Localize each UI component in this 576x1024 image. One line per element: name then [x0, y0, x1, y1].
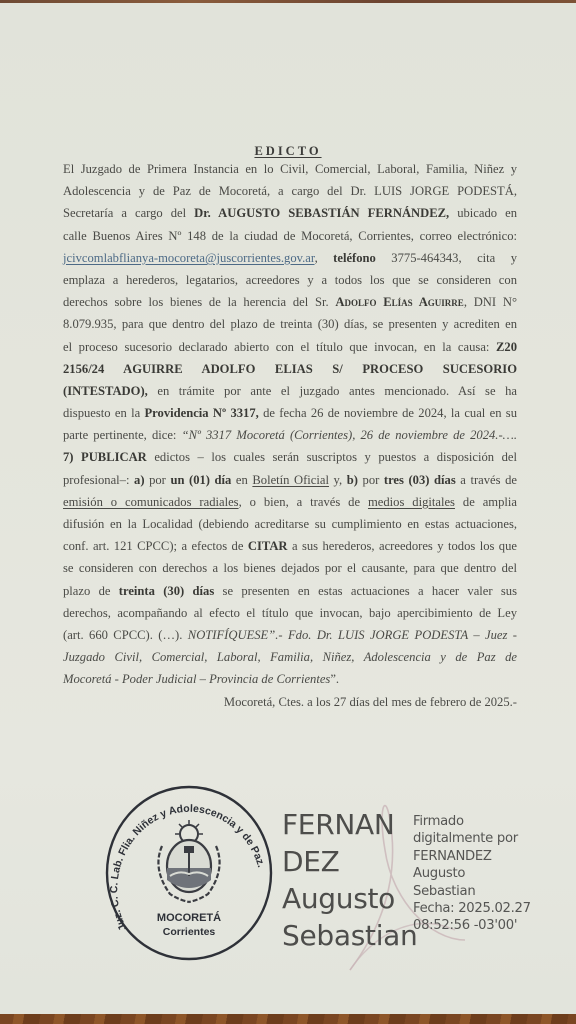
text-line: se consideren con derechos a los bienes …: [63, 557, 517, 579]
text-line: Mocoretá - Poder Judicial – Provincia de…: [63, 668, 517, 690]
text-line: conf. art. 121 CPCC); a efectos de CITAR…: [63, 535, 517, 557]
text-line: calle Buenos Aires Nº 148 de la ciudad d…: [63, 225, 517, 247]
text-line: dispuesto en la Providencia Nº 3317, de …: [63, 402, 517, 424]
argentina-coat-of-arms-icon: [158, 820, 219, 902]
text-line: el proceso sucesorio declarado abierto c…: [63, 336, 517, 358]
text-line: 7) PUBLICAR edictos – los cuales serán s…: [63, 446, 517, 468]
stamp-province: Corrientes: [163, 926, 216, 938]
text-line: (art. 660 CPCC). (…). NOTIFÍQUESE”.- Fdo…: [63, 624, 517, 646]
digital-signature-details: Firmado digitalmente por FERNANDEZ Augus…: [413, 813, 531, 935]
text-line: jcivcomlabflianya-mocoreta@juscorrientes…: [63, 247, 517, 269]
court-email-link[interactable]: jcivcomlabflianya-mocoreta@juscorrientes…: [63, 251, 315, 265]
wood-surface-bottom: [0, 1014, 576, 1024]
text-line: parte pertinente, dice: “Nº 3317 Mocoret…: [63, 424, 517, 446]
text-line: 8.079.935, para que dentro del plazo de …: [63, 313, 517, 335]
digital-signature-name: FERNAN DEZ Augusto Sebastian: [282, 806, 417, 954]
text-line: plazo de treinta (30) días se presenten …: [63, 580, 517, 602]
closing-date-line: Mocoretá, Ctes. a los 27 días del mes de…: [63, 691, 517, 713]
text-line: (INTESTADO), en trámite por ante el juzg…: [63, 380, 517, 402]
text-line: emplaza a herederos, legatarios, acreedo…: [63, 269, 517, 291]
text-line: Juzgado Civil, Comercial, Laboral, Famil…: [63, 646, 517, 668]
text-line: profesional–: a) por un (01) día en Bole…: [63, 469, 517, 491]
court-stamp: Juz. C. C. Lab. Flia. Niñez y Adolescenc…: [104, 784, 274, 962]
text-line: difusión en la Localidad (debiendo acred…: [63, 513, 517, 535]
text-line: emisión o comunicados radiales, o bien, …: [63, 491, 517, 513]
edict-body: El Juzgado de Primera Instancia en lo Ci…: [63, 158, 517, 713]
stamp-city: MOCORETÁ: [157, 911, 221, 924]
text-line: derechos sobre los bienes de la herencia…: [63, 291, 517, 313]
text-line: 2156/24 AGUIRRE ADOLFO ELIAS S/ PROCESO …: [63, 358, 517, 380]
document-title: EDICTO: [0, 144, 576, 159]
text-line: El Juzgado de Primera Instancia en lo Ci…: [63, 158, 517, 180]
text-line: Secretaría a cargo del Dr. AUGUSTO SEBAS…: [63, 202, 517, 224]
text-line: Adolescencia y de Paz de Mocoretá, a car…: [63, 180, 517, 202]
text-line: derechos, acompañando al efecto el títul…: [63, 602, 517, 624]
